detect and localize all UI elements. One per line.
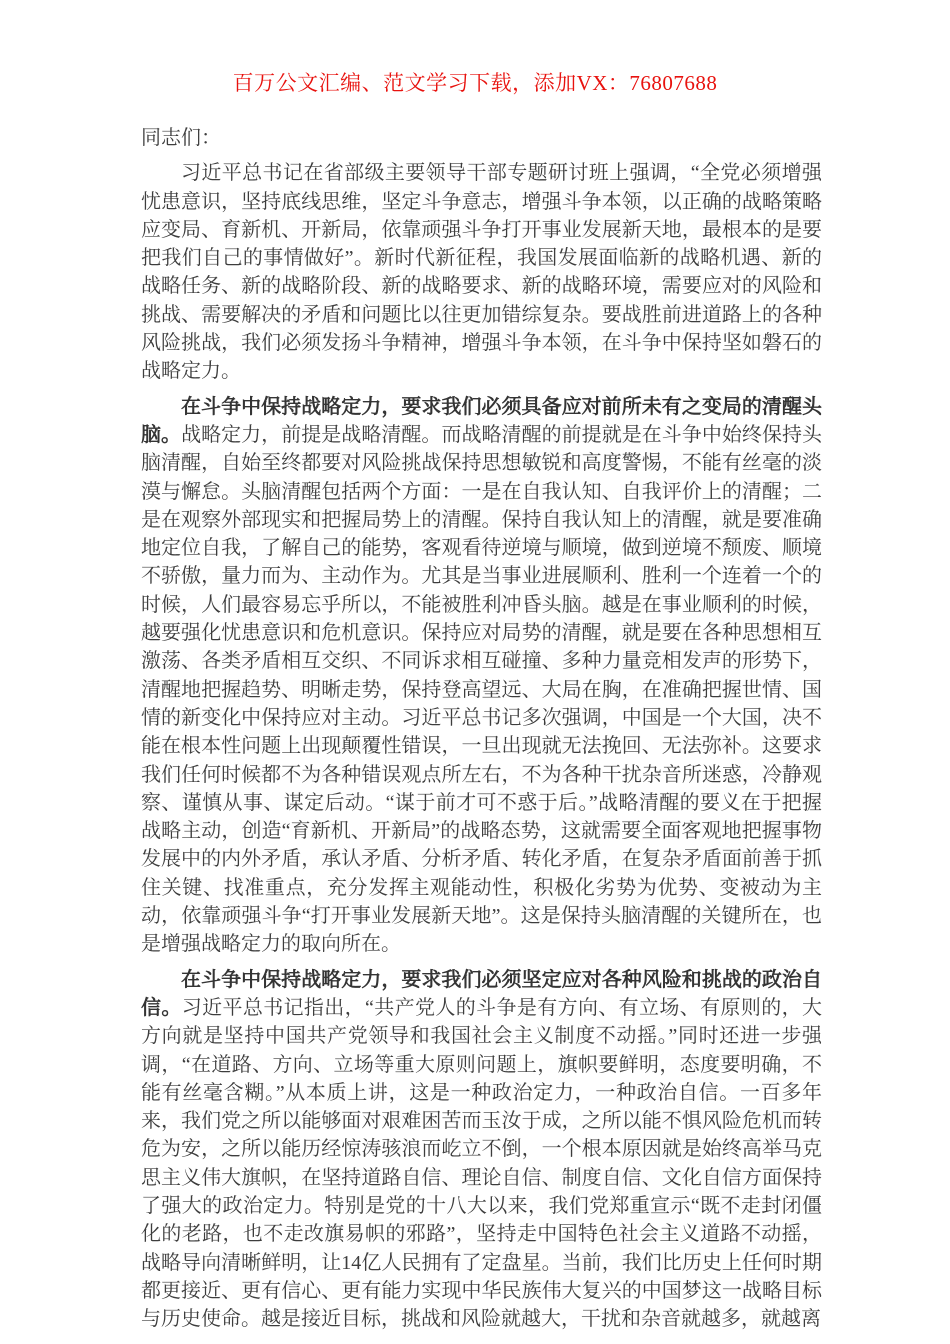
- salutation: 同志们：: [141, 124, 822, 152]
- paragraph-1: 习近平总书记在省部级主要领导干部专题研讨班上强调，“全党必须增强忧患意识，坚持底…: [141, 159, 822, 385]
- paragraph-1-text: 习近平总书记在省部级主要领导干部专题研讨班上强调，“全党必须增强忧患意识，坚持底…: [141, 162, 822, 382]
- paragraph-2-text: 战略定力，前提是战略清醒。而战略清醒的前提就是在斗争中始终保持头脑清醒，自始至终…: [141, 424, 822, 955]
- paragraph-3: 在斗争中保持战略定力，要求我们必须坚定应对各种风险和挑战的政治自信。习近平总书记…: [141, 966, 822, 1334]
- document-body: 同志们： 习近平总书记在省部级主要领导干部专题研讨班上强调，“全党必须增强忧患意…: [141, 124, 822, 1340]
- promo-banner: 百万公文汇编、范文学习下载，添加VX：76807688: [0, 70, 950, 96]
- paragraph-3-text: 习近平总书记指出，“共产党人的斗争是有方向、有立场、有原则的，大方向就是坚持中国…: [141, 997, 822, 1330]
- paragraph-2: 在斗争中保持战略定力，要求我们必须具备应对前所未有之变局的清醒头脑。战略定力，前…: [141, 393, 822, 959]
- document-page: 百万公文汇编、范文学习下载，添加VX：76807688 同志们： 习近平总书记在…: [0, 0, 950, 1344]
